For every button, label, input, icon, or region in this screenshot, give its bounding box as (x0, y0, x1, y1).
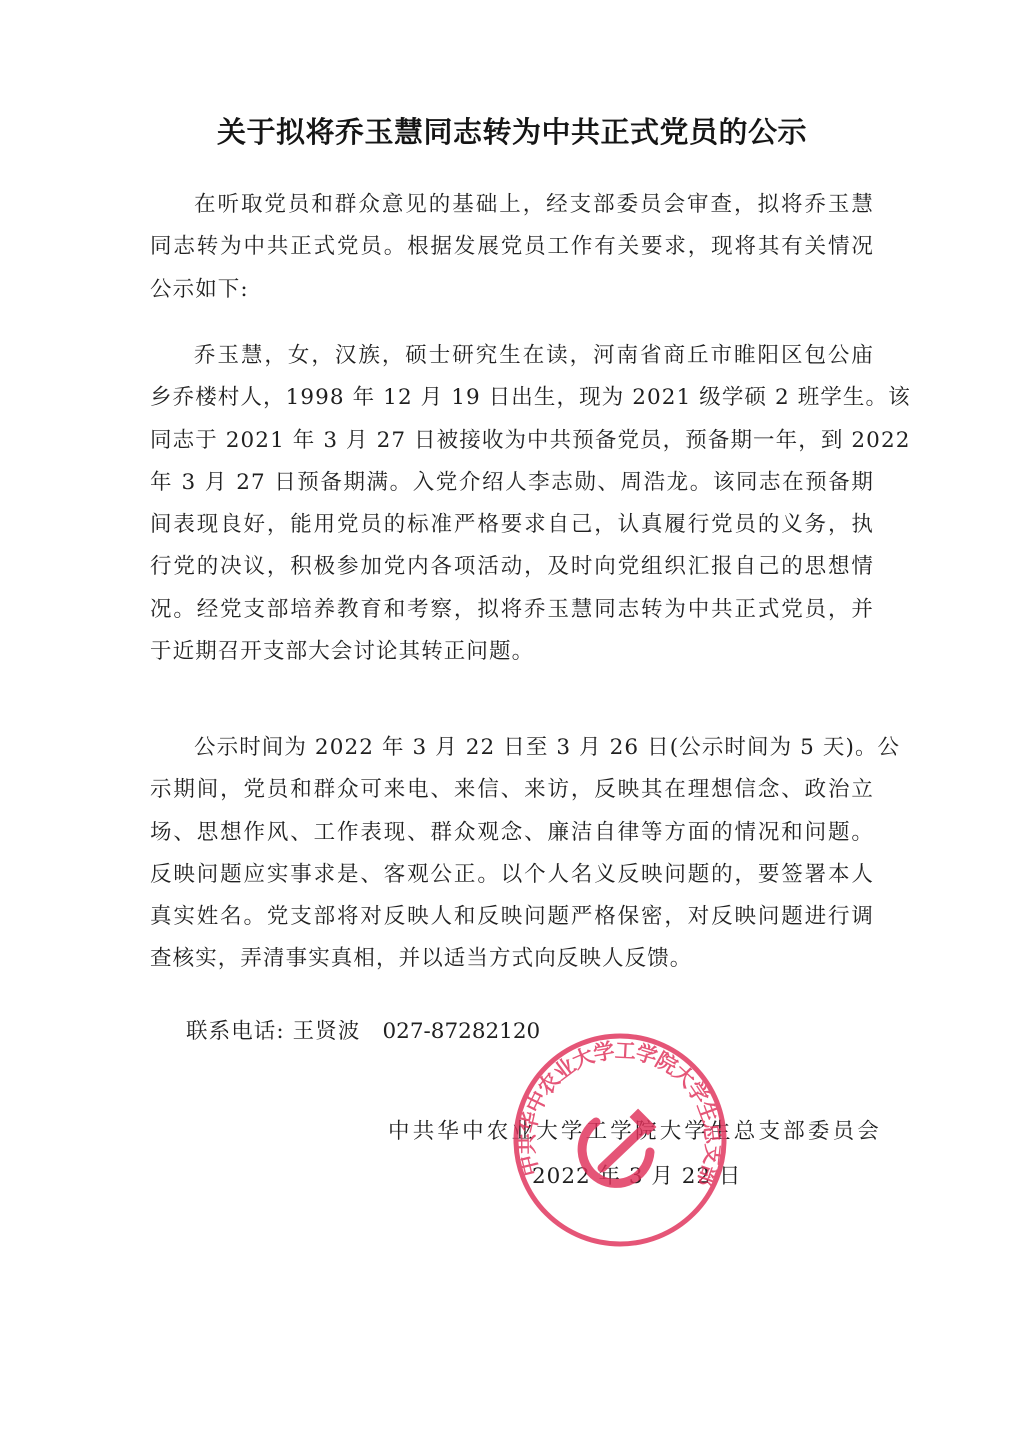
paragraph-line: 反映问题应实事求是、客观公正。以个人名义反映问题的，要签署本人 (150, 854, 874, 896)
official-red-seal-icon: 中共华中农业大学工学院大学生总支部委员会 (510, 1030, 730, 1250)
paragraph-candidate-info: 乔玉慧，女，汉族，硕士研究生在读，河南省商丘市睢阳区包公庙 乡乔楼村人，1998… (150, 335, 874, 673)
paragraph-line: 在听取党员和群众意见的基础上，经支部委员会审查，拟将乔玉慧 (150, 184, 874, 226)
paragraph-line: 查核实，弄清事实真相，并以适当方式向反映人反馈。 (150, 938, 874, 980)
paragraph-line: 真实姓名。党支部将对反映人和反映问题严格保密，对反映问题进行调 (150, 896, 874, 938)
svg-text:中共华中农业大学工学院大学生总支部委员会: 中共华中农业大学工学院大学生总支部委员会 (510, 1030, 726, 1190)
paragraph-line: 年 3 月 27 日预备期满。入党介绍人李志勋、周浩龙。该同志在预备期 (150, 462, 874, 504)
paragraph-line: 同志于 2021 年 3 月 27 日被接收为中共预备党员，预备期一年，到 20… (150, 420, 874, 462)
paragraph-line: 乔玉慧，女，汉族，硕士研究生在读，河南省商丘市睢阳区包公庙 (150, 335, 874, 377)
paragraph-line: 同志转为中共正式党员。根据发展党员工作有关要求，现将其有关情况 (150, 226, 874, 268)
paragraph-line: 示期间，党员和群众可来电、来信、来访，反映其在理想信念、政治立 (150, 769, 874, 811)
paragraph-line: 公示如下: (150, 269, 874, 311)
paragraph-line: 乡乔楼村人，1998 年 12 月 19 日出生，现为 2021 级学硕 2 班… (150, 377, 874, 419)
contact-label: 联系电话: 王贤波 (186, 1019, 360, 1044)
paragraph-intro: 在听取党员和群众意见的基础上，经支部委员会审查，拟将乔玉慧 同志转为中共正式党员… (150, 184, 874, 311)
paragraph-line: 况。经党支部培养教育和考察，拟将乔玉慧同志转为中共正式党员，并 (150, 589, 874, 631)
contact-line: 联系电话: 王贤波027-87282120 (186, 1014, 540, 1045)
paragraph-line: 行党的决议，积极参加党内各项活动，及时向党组织汇报自己的思想情 (150, 546, 874, 588)
paragraph-notice-period: 公示时间为 2022 年 3 月 22 日至 3 月 26 日(公示时间为 5 … (150, 727, 874, 981)
paragraph-line: 公示时间为 2022 年 3 月 22 日至 3 月 26 日(公示时间为 5 … (150, 727, 874, 769)
paragraph-line: 场、思想作风、工作表现、群众观念、廉洁自律等方面的情况和问题。 (150, 812, 874, 854)
paragraph-line: 间表现良好，能用党员的标准严格要求自己，认真履行党员的义务，执 (150, 504, 874, 546)
document-page: 关于拟将乔玉慧同志转为中共正式党员的公示 在听取党员和群众意见的基础上，经支部委… (0, 0, 1024, 1448)
paragraph-line: 于近期召开支部大会讨论其转正问题。 (150, 631, 874, 673)
document-title: 关于拟将乔玉慧同志转为中共正式党员的公示 (0, 110, 1024, 151)
